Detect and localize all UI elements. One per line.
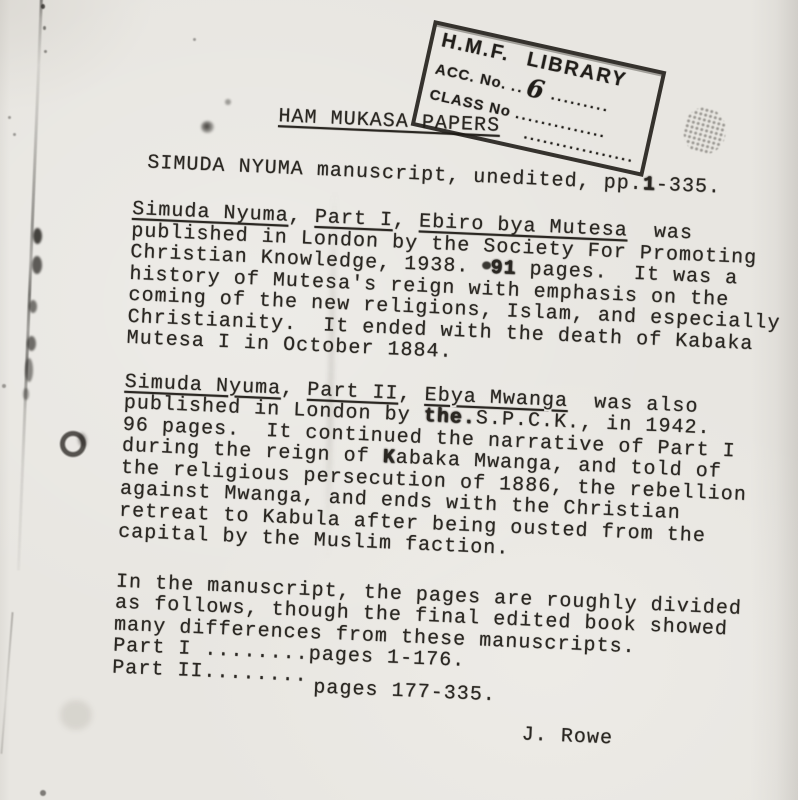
typed-segment: 1 [642, 173, 656, 197]
stamp-acc-number: 6 [522, 73, 550, 106]
speck [43, 26, 46, 30]
typed-segment: K [382, 446, 396, 470]
ink-smudge [33, 228, 42, 244]
speck [193, 38, 196, 41]
ink-smudge [27, 336, 36, 351]
typed-content: HAM MUKASA PAPERS SIMUDA NYUMA manuscrip… [110, 100, 785, 756]
fold-crease-line [17, 0, 43, 571]
ink-smudge [32, 256, 42, 274]
faint-stain [60, 700, 92, 730]
speck [41, 4, 45, 9]
fold-crease-line-bottom [0, 612, 13, 754]
speck [44, 50, 47, 53]
speck [8, 116, 11, 119]
paragraph-part1: Simuda Nyuma, Part I, Ebiro bya Mutesa w… [126, 199, 780, 378]
speck [40, 790, 46, 796]
speck [13, 133, 16, 136]
author-signature: J. Rowe [521, 724, 758, 756]
scanned-page: HAM MUKASA PAPERS SIMUDA NYUMA manuscrip… [0, 0, 798, 800]
paragraph-page-division: In the manuscript, the pages are roughly… [112, 571, 764, 707]
typed-segment: pages 177-335. [313, 677, 496, 706]
typed-segment: 91 [490, 257, 517, 281]
ink-smudge [23, 388, 29, 400]
paragraph-part2: Simuda Nyuma, Part II, Ebya Mwanga was a… [118, 371, 773, 571]
ink-smudge [29, 300, 37, 313]
speck [2, 384, 6, 388]
ring-stain [55, 426, 91, 462]
ink-smudge [25, 358, 33, 382]
manuscript-summary-line: SIMUDA NYUMA manuscript, unedited, pp.1-… [147, 152, 782, 201]
